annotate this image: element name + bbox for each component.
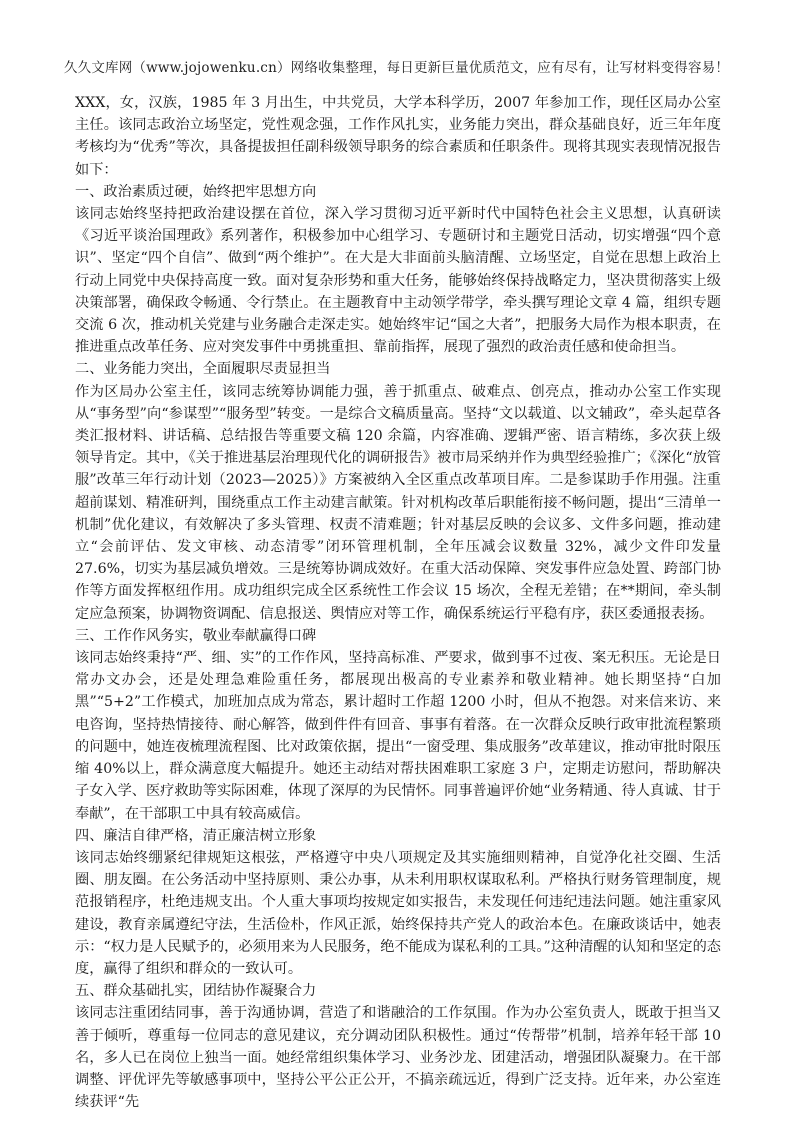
site-banner: 久久文库网（www.jojowenku.cn）网络收集整理，每日更新巨量优质范文… [0,58,793,78]
section-heading-political: 一、政治素质过硬，始终把牢思想方向 [75,181,721,203]
section-heading-work-style: 三、工作作风务实，敬业奉献赢得口碑 [75,625,721,647]
section-body-mass-base: 该同志注重团结同事，善于沟通协调，营造了和谐融洽的工作氛围。作为办公室负责人，既… [75,1002,721,1113]
section-body-integrity: 该同志始终绷紧纪律规矩这根弦，严格遵守中央八项规定及其实施细则精神，自觉净化社交… [75,847,721,980]
section-heading-capability: 二、业务能力突出，全面履职尽责显担当 [75,358,721,380]
section-body-political: 该同志始终坚持把政治建设摆在首位，深入学习贯彻习近平新时代中国特色社会主义思想，… [75,203,721,358]
section-body-work-style: 该同志始终秉持“严、细、实”的工作作风，坚持高标准、严要求，做到事不过夜、案无积… [75,647,721,825]
section-heading-integrity: 四、廉洁自律严格，清正廉洁树立形象 [75,825,721,847]
document-body: XXX，女，汉族，1985 年 3 月出生，中共党员，大学本科学历，2007 年… [75,92,721,1113]
section-body-capability: 作为区局办公室主任，该同志统筹协调能力强，善于抓重点、破难点、创亮点，推动办公室… [75,381,721,625]
intro-paragraph: XXX，女，汉族，1985 年 3 月出生，中共党员，大学本科学历，2007 年… [75,92,721,181]
section-heading-mass-base: 五、群众基础扎实，团结协作凝聚合力 [75,980,721,1002]
